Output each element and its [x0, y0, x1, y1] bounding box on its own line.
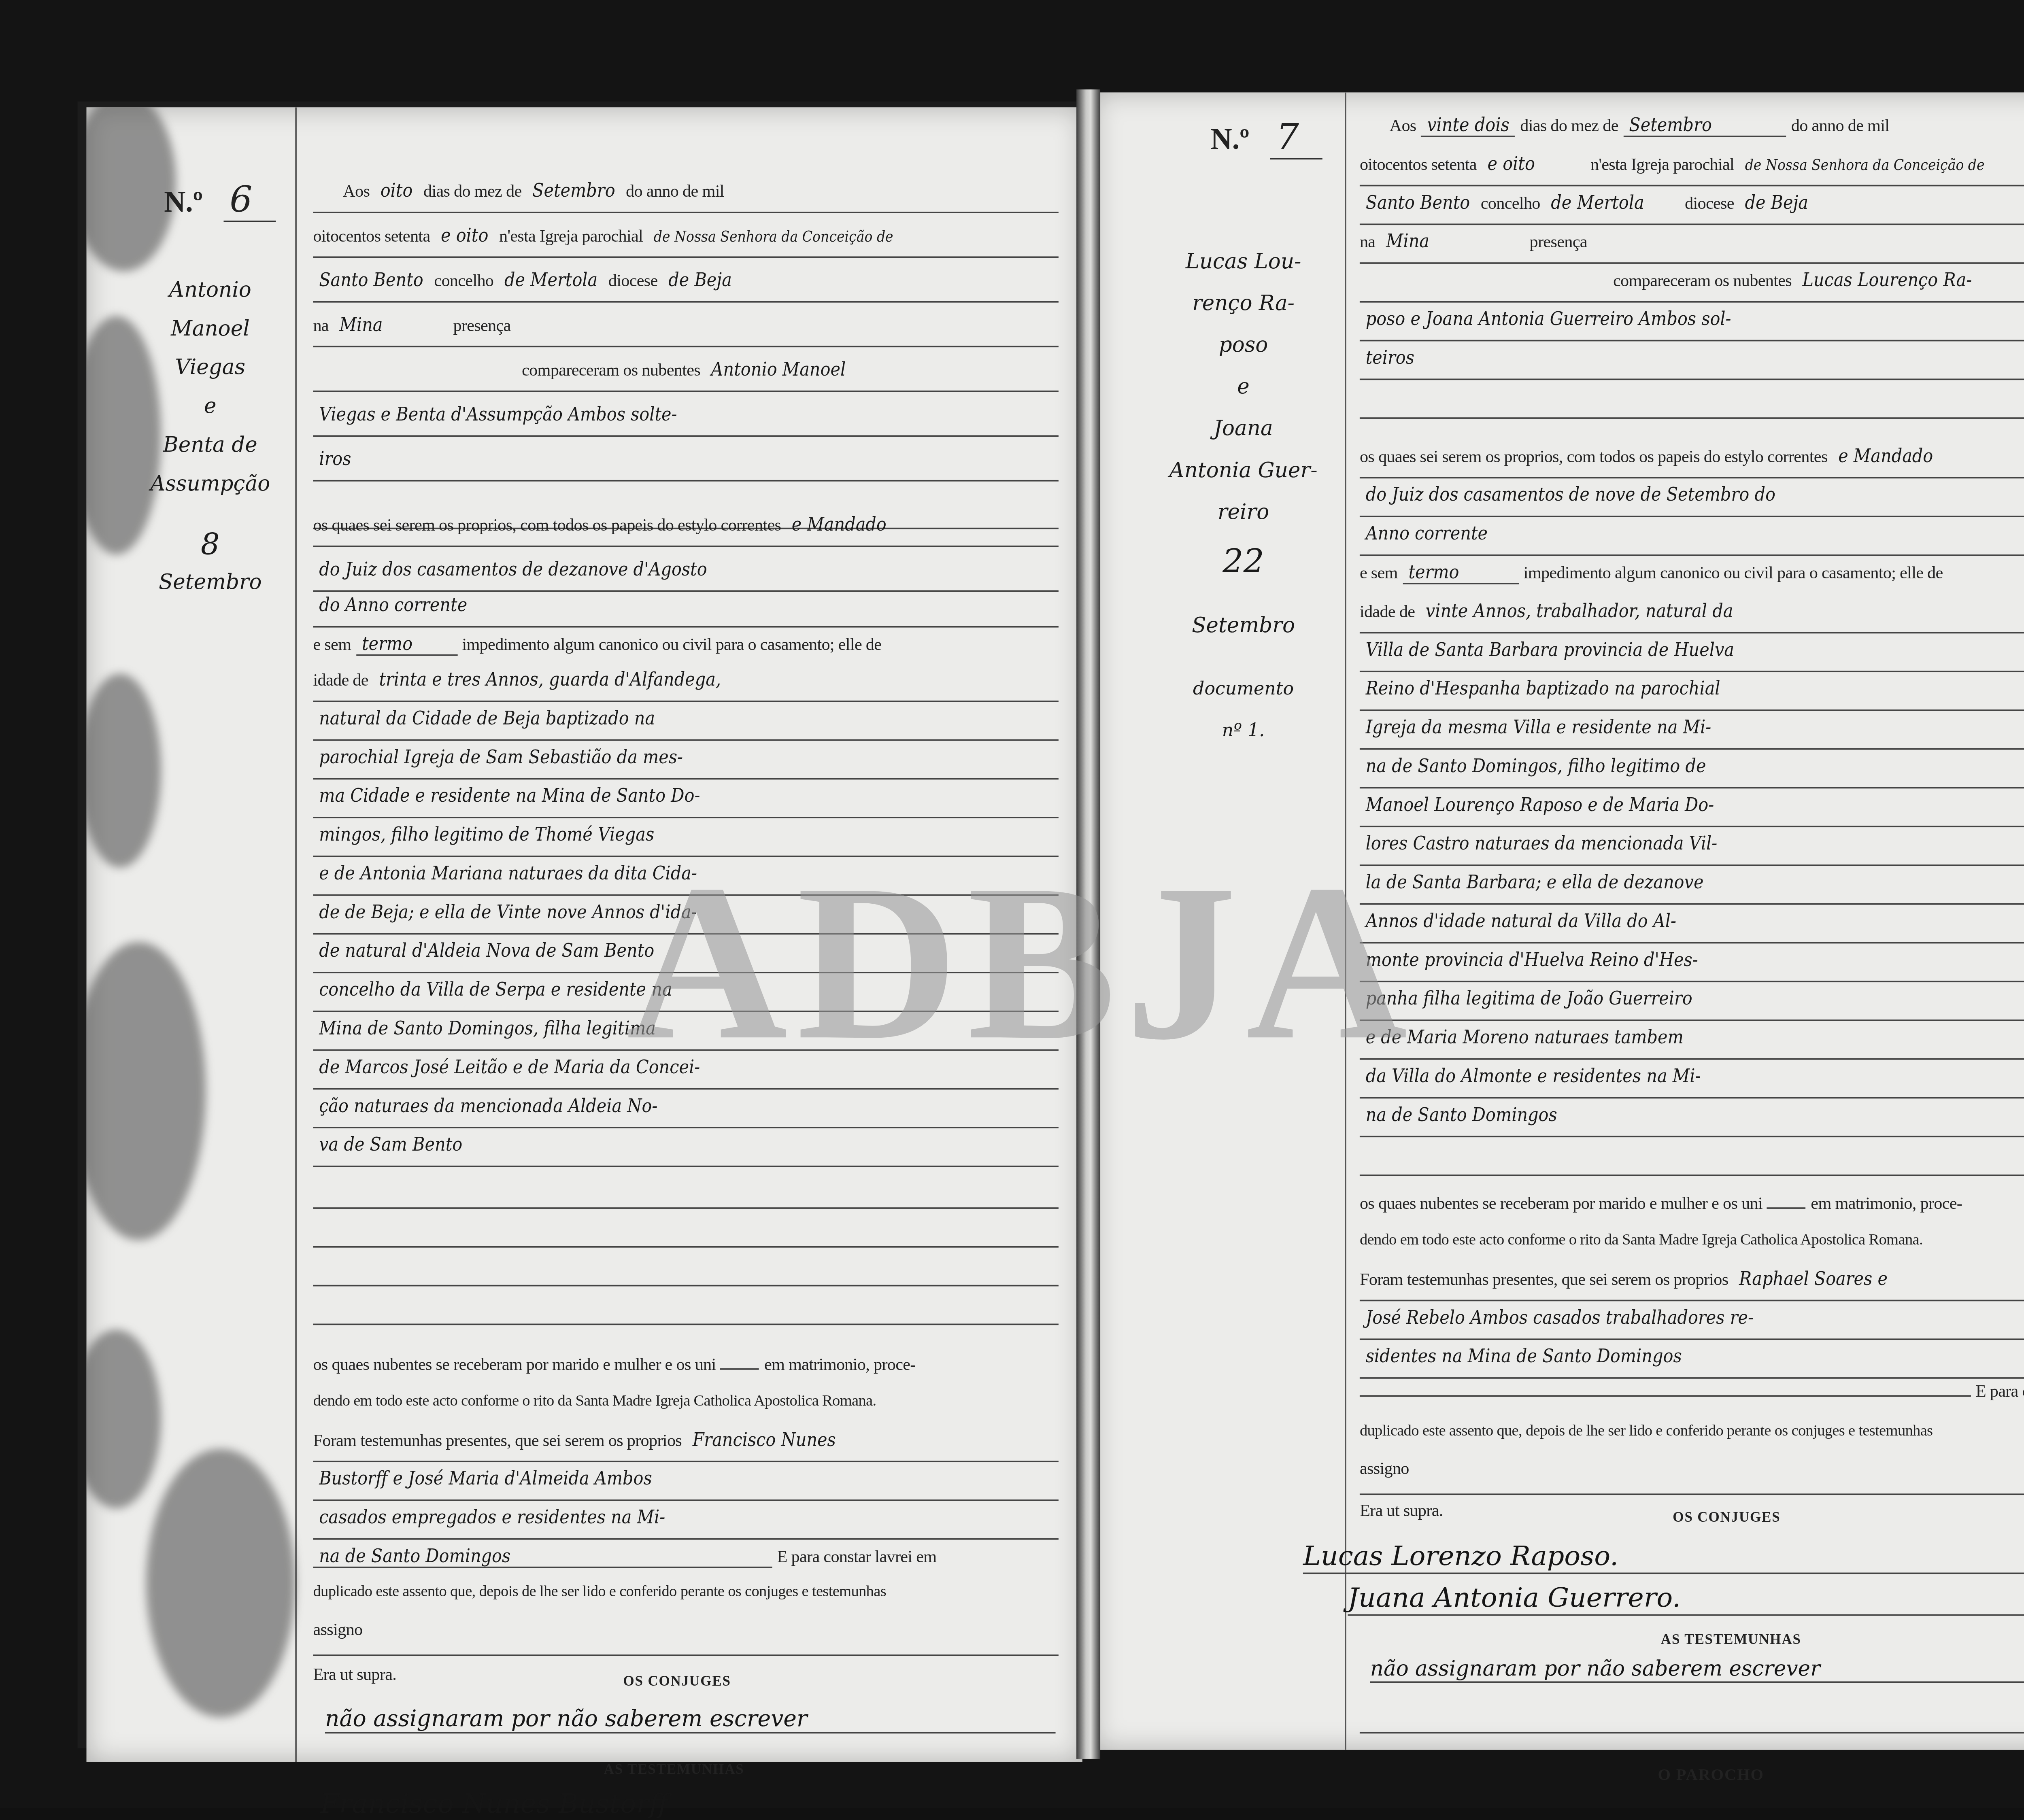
handwritten-text: sidentes na Mina de Santo Domingos	[1360, 1344, 1688, 1367]
handwritten-day: vinte dois	[1421, 113, 1515, 137]
margin-document-number: nº 1.	[1154, 709, 1333, 751]
handwritten-names: Viegas e Benta d'Assumpção Ambos solte-	[313, 402, 683, 425]
handwritten-names: José Rebelo Ambos casados trabalhadores …	[1360, 1306, 1760, 1328]
printed-text: idade de	[1360, 604, 1415, 622]
number-value: 6	[224, 179, 276, 222]
form-line-married: os quaes nubentes se receberam por marid…	[1360, 1196, 2024, 1228]
printed-text: os quaes sei serem os proprios, com todo…	[313, 517, 781, 535]
form-line-nubentes-2: poso e Joana Antonia Guerreiro Ambos sol…	[1360, 307, 2024, 342]
handwritten-text: do Juiz dos casamentos de dezanove d'Ago…	[313, 557, 713, 580]
printed-text: compareceram os nubentes	[1613, 273, 1792, 291]
witnesses-heading: AS TESTEMUNHAS	[604, 1763, 744, 1778]
left-page: N.º6 Antonio Manoel Viegas e Benta de As…	[87, 107, 1082, 1762]
form-line-age: idade de trinta e tres Annos, guarda d'A…	[313, 668, 1059, 702]
ink-stain	[87, 942, 206, 1240]
handwritten-names: poso e Joana Antonia Guerreiro Ambos sol…	[1360, 307, 1737, 329]
printed-text: na	[313, 317, 329, 335]
handwritten-text: do Anno corrente	[313, 593, 473, 616]
handwritten-text: natural da Cidade de Beja baptizado na	[313, 707, 661, 729]
printed-text: e sem	[1360, 565, 1398, 583]
witnesses-signature: não assignaram por não saberem escrever	[1370, 1657, 2024, 1683]
priest-heading: O PAROCHO	[1658, 1766, 1764, 1784]
handwritten-text: e de Maria Moreno naturaes tambem	[1360, 1026, 1690, 1048]
handwritten-text: termo	[356, 632, 457, 656]
printed-text: impedimento algum canonico ou civil para…	[1524, 565, 1943, 583]
form-line-year: oitocentos setenta e oito n'esta Igreja …	[1360, 152, 2024, 187]
printed-text: impedimento algum canonico ou civil para…	[462, 637, 881, 654]
printed-text: n'esta Igreja parochial	[499, 228, 643, 246]
handwritten-diocese: de Beja	[663, 268, 738, 291]
margin-note: Lucas Lou- renço Ra- poso e Joana Antoni…	[1154, 242, 1333, 752]
margin-line: Joana	[1154, 408, 1333, 450]
margin-month: Setembro	[128, 563, 292, 602]
printed-text: os quaes sei serem os proprios, com todo…	[1360, 449, 1828, 467]
handwritten-month: Setembro	[1623, 113, 1786, 137]
narrative-line: na de Santo Domingos, filho legitimo de	[1360, 754, 2024, 789]
handwritten-text: de natural d'Aldeia Nova de Sam Bento	[313, 939, 660, 961]
printed-text: em matrimonio, proce-	[1811, 1196, 1962, 1213]
handwritten-church: de Nossa Senhora da Conceição de	[1739, 158, 1991, 174]
form-line-council: Santo Bento concelho de Mertola diocese …	[313, 268, 1059, 303]
handwritten-text: la de Santa Barbara; e ella de dezanove	[1360, 871, 1709, 893]
form-line-witnesses: Foram testemunhas presentes, que sei ser…	[1360, 1267, 2024, 1302]
number-label: N.º	[1211, 124, 1250, 157]
spouse-signature: Juana Antonia Guerrero.	[1348, 1583, 2024, 1616]
form-line-assign: assigno	[313, 1622, 1059, 1656]
form-line-married: os quaes nubentes se receberam por marid…	[313, 1357, 1059, 1389]
handwritten-names: Raphael Soares e	[1733, 1267, 1893, 1289]
printed-text: Era ut supra.	[1360, 1502, 1443, 1520]
margin-line: renço Ra-	[1154, 283, 1333, 325]
handwritten-text: ma Cidade e residente na Mina de Santo D…	[313, 784, 706, 806]
narrative-line: Manoel Lourenço Raposo e de Maria Do-	[1360, 793, 2024, 827]
form-line-age: idade de vinte Annos, trabalhador, natur…	[1360, 599, 2024, 634]
printed-text: concelho	[434, 273, 493, 291]
blank-rule	[313, 1207, 1059, 1209]
margin-line: Viegas	[128, 349, 292, 388]
margin-line: Antonia Guer-	[1154, 450, 1333, 492]
form-line-papers-2: do Juiz dos casamentos de dezanove d'Ago…	[313, 557, 1059, 592]
blank-rule	[1360, 417, 2024, 419]
number-value: 7	[1270, 116, 1323, 159]
narrative-line: de natural d'Aldeia Nova de Sam Bento	[313, 939, 1059, 973]
form-line-witnesses-2: Bustorff e José Maria d'Almeida Ambos	[313, 1467, 1059, 1501]
form-line-duplicate: duplicado este assento que, depois de lh…	[1360, 1422, 2024, 1455]
form-line-impediment: e sem termo impedimento algum canonico o…	[1360, 561, 2024, 593]
form-line-impediment: e sem termo impedimento algum canonico o…	[313, 632, 1059, 665]
handwritten-text: termo	[1403, 561, 1519, 584]
handwritten-text: ção naturaes da mencionada Aldeia No-	[313, 1094, 663, 1116]
handwritten-text: Mina de Santo Domingos, filha legitima	[313, 1017, 661, 1039]
margin-line: e	[1154, 367, 1333, 408]
handwritten-text: Villa de Santa Barbara provincia de Huel…	[1360, 638, 1740, 660]
narrative-line: panha filha legitima de João Guerreiro	[1360, 987, 2024, 1021]
form-line-nubentes: compareceram os nubentes Antonio Manoel	[313, 358, 1059, 392]
spouses-heading: OS CONJUGES	[623, 1676, 731, 1690]
narrative-line: natural da Cidade de Beja baptizado na	[313, 707, 1059, 741]
blank-field	[721, 1368, 759, 1370]
blank-rule	[313, 1246, 1059, 1248]
handwritten-text: do Juiz dos casamentos de nove de Setemb…	[1360, 483, 1782, 505]
margin-rule	[1345, 92, 1346, 1750]
blank-rule	[313, 1285, 1059, 1287]
margin-line: Antonio	[128, 271, 292, 310]
handwritten-names: Antonio Manoel	[705, 358, 852, 380]
printed-text: idade de	[313, 672, 368, 690]
blank-rule	[1360, 1732, 2024, 1734]
printed-text: na	[1360, 234, 1376, 252]
printed-text: diocese	[608, 273, 658, 291]
blank-rule	[1360, 1174, 2024, 1176]
handwritten-text: na de Santo Domingos, filho legitimo de	[1360, 754, 1712, 777]
form-line-rite: dendo em todo este acto conforme o rito …	[1360, 1231, 2024, 1264]
handwritten-text: de Marcos José Leitão e de Maria da Conc…	[313, 1055, 706, 1078]
margin-note: Antonio Manoel Viegas e Benta de Assumpç…	[128, 271, 292, 602]
printed-text: diocese	[1685, 195, 1734, 213]
margin-line: Benta de	[128, 426, 292, 465]
margin-document-note: documento	[1154, 668, 1333, 709]
witness-signature: Francisco Nunes Bustorff	[321, 1789, 668, 1807]
handwritten-text: trinta e tres Annos, guarda d'Alfandega,	[373, 668, 727, 690]
form-line-rite: dendo em todo este acto conforme o rito …	[313, 1392, 1059, 1425]
narrative-line: lores Castro naturaes da mencionada Vil-	[1360, 832, 2024, 866]
ink-stain	[87, 674, 161, 868]
printed-text: oitocentos setenta	[1360, 157, 1477, 174]
printed-text: dias do mez de	[423, 183, 522, 201]
narrative-line: concelho da Villa de Serpa e residente n…	[313, 978, 1059, 1012]
margin-month: Setembro	[1154, 605, 1333, 647]
form-line-record: na de Santo Domingos E para constar lavr…	[313, 1544, 1059, 1577]
handwritten-text: e de Antonia Mariana naturaes da dita Ci…	[313, 862, 703, 884]
narrative-line: ção naturaes da mencionada Aldeia No-	[313, 1094, 1059, 1128]
printed-text: em matrimonio, proce-	[764, 1357, 916, 1374]
form-line-presence: na Mina presença	[313, 313, 1059, 347]
narrative-line: parochial Igreja de Sam Sebastião da mes…	[313, 745, 1059, 780]
blank-field	[1360, 1395, 1971, 1397]
margin-day: 22	[1154, 543, 1333, 584]
printed-text: dendo em todo este acto conforme o rito …	[1360, 1233, 1923, 1249]
right-page: N.º7 Lucas Lou- renço Ra- poso e Joana A…	[1094, 92, 2024, 1750]
handwritten-year: e oito	[1482, 152, 1541, 174]
form-line-duplicate: duplicado este assento que, depois de lh…	[313, 1583, 1059, 1616]
handwritten-text: e Mandado	[786, 513, 893, 535]
handwritten-church: de Nossa Senhora da Conceição de	[648, 229, 899, 246]
form-line-record: E para constar lavrei em	[1360, 1383, 2024, 1416]
form-line-witnesses: Foram testemunhas presentes, que sei ser…	[313, 1428, 1059, 1462]
narrative-line: la de Santa Barbara; e ella de dezanove	[1360, 871, 2024, 905]
narrative-line: e de Antonia Mariana naturaes da dita Ci…	[313, 862, 1059, 896]
printed-text: Foram testemunhas presentes, que sei ser…	[313, 1432, 682, 1450]
margin-line: Assumpção	[128, 465, 292, 504]
form-line-witnesses-3: casados empregados e residentes na Mi-	[313, 1506, 1059, 1540]
narrative-line: Reino d'Hespanha baptizado na parochial	[1360, 677, 2024, 711]
form-line-year: oitocentos setenta e oito n'esta Igreja …	[313, 223, 1059, 258]
form-line-nubentes-3: iros	[313, 447, 1059, 482]
handwritten-text: Annos d'idade natural da Villa do Al-	[1360, 909, 1682, 932]
handwritten-place: Mina	[334, 313, 389, 335]
handwritten-text: concelho da Villa de Serpa e residente n…	[313, 978, 678, 1000]
printed-text: assigno	[313, 1622, 362, 1639]
printed-text: concelho	[1481, 195, 1540, 213]
handwritten-day: oito	[374, 179, 419, 201]
form-line-nubentes-3: teiros	[1360, 346, 2024, 380]
scanned-register-spread: N.º6 Antonio Manoel Viegas e Benta de As…	[0, 0, 2024, 1807]
printed-text: presença	[1530, 234, 1587, 252]
narrative-line: mingos, filho legitimo de Thomé Viegas	[313, 823, 1059, 857]
margin-rule	[295, 107, 297, 1762]
form-line-council: Santo Bento concelho de Mertola diocese …	[1360, 191, 2024, 225]
margin-line: Manoel	[128, 310, 292, 349]
form-line-papers-3: do Anno corrente	[313, 593, 1059, 628]
form-line-witnesses-3: sidentes na Mina de Santo Domingos	[1360, 1344, 2024, 1379]
printed-text: e sem	[313, 637, 351, 654]
printed-text: Aos	[1390, 118, 1416, 136]
printed-text: assigno	[1360, 1461, 1409, 1478]
printed-text: duplicado este assento que, depois de lh…	[313, 1584, 886, 1601]
narrative-line: Annos d'idade natural da Villa do Al-	[1360, 909, 2024, 944]
handwritten-text: lores Castro naturaes da mencionada Vil-	[1360, 832, 1723, 854]
form-line-papers-2: do Juiz dos casamentos de nove de Setemb…	[1360, 483, 2024, 517]
handwritten-text: e Mandado	[1832, 444, 1939, 467]
narrative-line: ma Cidade e residente na Mina de Santo D…	[313, 784, 1059, 818]
narrative-line: na de Santo Domingos	[1360, 1103, 2024, 1137]
handwritten-year: e oito	[435, 223, 494, 246]
blank-rule	[313, 1324, 1059, 1325]
handwritten-names: Lucas Lourenço Ra-	[1797, 268, 1978, 291]
handwritten-text: na de Santo Domingos	[313, 1544, 772, 1568]
margin-line: e	[128, 388, 292, 427]
number-label: N.º	[164, 186, 203, 219]
handwritten-text: Igreja da mesma Villa e residente na Mi-	[1360, 716, 1717, 738]
printed-text: os quaes nubentes se receberam por marid…	[313, 1357, 716, 1374]
ink-stain	[87, 107, 176, 271]
narrative-line: Villa de Santa Barbara provincia de Huel…	[1360, 638, 2024, 672]
printed-text: do anno de mil	[1791, 118, 1890, 136]
form-line-nubentes-2: Viegas e Benta d'Assumpção Ambos solte-	[313, 402, 1059, 437]
handwritten-diocese: de Beja	[1739, 191, 1814, 213]
margin-line: Lucas Lou-	[1154, 242, 1333, 283]
printed-text: dendo em todo este acto conforme o rito …	[313, 1394, 876, 1410]
handwritten-names: iros	[313, 447, 357, 469]
handwritten-text: mingos, filho legitimo de Thomé Viegas	[313, 823, 660, 845]
printed-text: presença	[453, 317, 510, 335]
narrative-line: de Marcos José Leitão e de Maria da Conc…	[313, 1055, 1059, 1090]
handwritten-text: Reino d'Hespanha baptizado na parochial	[1360, 677, 1726, 699]
printed-text: dias do mez de	[1520, 118, 1618, 136]
form-line-date: Aos oito dias do mez de Setembro do anno…	[313, 179, 1059, 213]
narrative-line: monte provincia d'Huelva Reino d'Hes-	[1360, 948, 2024, 982]
spouse-signature: Lucas Lorenzo Raposo.	[1303, 1541, 2024, 1574]
form-line-witnesses-2: José Rebelo Ambos casados trabalhadores …	[1360, 1306, 2024, 1340]
printed-text: Foram testemunhas presentes, que sei ser…	[1360, 1272, 1728, 1289]
form-line-assign: assigno	[1360, 1461, 2024, 1495]
handwritten-text: da Villa do Almonte e residentes na Mi-	[1360, 1064, 1707, 1087]
book-gutter	[1076, 89, 1100, 1759]
handwritten-text: va de Sam Bento	[313, 1133, 468, 1155]
handwritten-names: Bustorff e José Maria d'Almeida Ambos	[313, 1467, 658, 1489]
margin-day: 8	[128, 525, 292, 563]
entry-number: N.º7	[1211, 116, 1323, 158]
handwritten-text: Manoel Lourenço Raposo e de Maria Do-	[1360, 793, 1720, 815]
handwritten-text: panha filha legitima de João Guerreiro	[1360, 987, 1699, 1009]
printed-text: Era ut supra.	[313, 1667, 396, 1684]
handwritten-text: vinte Annos, trabalhador, natural da	[1420, 599, 1739, 622]
narrative-line: Igreja da mesma Villa e residente na Mi-	[1360, 716, 2024, 750]
narrative-line: da Villa do Almonte e residentes na Mi-	[1360, 1064, 2024, 1099]
handwritten-text: na de Santo Domingos	[1360, 1103, 1563, 1125]
ink-stain	[146, 1449, 295, 1717]
handwritten-place: Santo Bento	[313, 268, 429, 291]
form-line-presence: na Mina presença	[1360, 229, 2024, 264]
printed-text: duplicado este assento que, depois de lh…	[1360, 1423, 1933, 1440]
printed-text: oitocentos setenta	[313, 228, 430, 246]
form-line-papers-3: Anno corrente	[1360, 522, 2024, 556]
handwritten-names: teiros	[1360, 346, 1420, 368]
form-line-date: Aos vinte dois dias do mez de Setembro d…	[1360, 113, 2024, 146]
form-line-nubentes: compareceram os nubentes Lucas Lourenço …	[1360, 268, 2024, 303]
narrative-line: e de Maria Moreno naturaes tambem	[1360, 1026, 2024, 1060]
printed-text: Aos	[343, 183, 370, 201]
printed-text: os quaes nubentes se receberam por marid…	[1360, 1196, 1762, 1213]
blank-field	[1767, 1207, 1806, 1209]
handwritten-place: Mina	[1380, 229, 1435, 252]
narrative-line: Mina de Santo Domingos, filha legitima	[313, 1017, 1059, 1051]
handwritten-text: casados empregados e residentes na Mi-	[313, 1506, 671, 1528]
printed-text: E para constar lavrei em	[1976, 1383, 2024, 1401]
witnesses-heading: AS TESTEMUNHAS	[1661, 1634, 1801, 1649]
spouses-signature: não assignaram por não saberem escrever	[325, 1705, 1056, 1733]
handwritten-month: Setembro	[526, 179, 621, 201]
handwritten-text: parochial Igreja de Sam Sebastião da mes…	[313, 745, 689, 768]
narrative-line: va de Sam Bento	[313, 1133, 1059, 1167]
spouses-heading: OS CONJUGES	[1673, 1512, 1780, 1527]
printed-text: compareceram os nubentes	[522, 362, 700, 380]
form-line-papers: os quaes sei serem os proprios, com todo…	[313, 513, 1059, 547]
ink-stain	[87, 1329, 161, 1508]
narrative-line: de de Beja; e ella de Vinte nove Annos d…	[313, 900, 1059, 935]
handwritten-text: de de Beja; e ella de Vinte nove Annos d…	[313, 900, 703, 923]
printed-text: E para constar lavrei em	[777, 1549, 937, 1567]
margin-line: reiro	[1154, 492, 1333, 533]
entry-number: N.º6	[164, 179, 276, 221]
handwritten-text: monte provincia d'Huelva Reino d'Hes-	[1360, 948, 1704, 970]
margin-line: poso	[1154, 325, 1333, 367]
handwritten-council: de Mertola	[498, 268, 604, 291]
form-line-papers: os quaes sei serem os proprios, com todo…	[1360, 444, 2024, 479]
handwritten-place: Santo Bento	[1360, 191, 1476, 213]
printed-text: n'esta Igreja parochial	[1590, 157, 1734, 174]
handwritten-names: Francisco Nunes	[687, 1428, 842, 1450]
handwritten-council: de Mertola	[1545, 191, 1650, 213]
printed-text: do anno de mil	[626, 183, 724, 201]
handwritten-text: Anno corrente	[1360, 522, 1494, 544]
